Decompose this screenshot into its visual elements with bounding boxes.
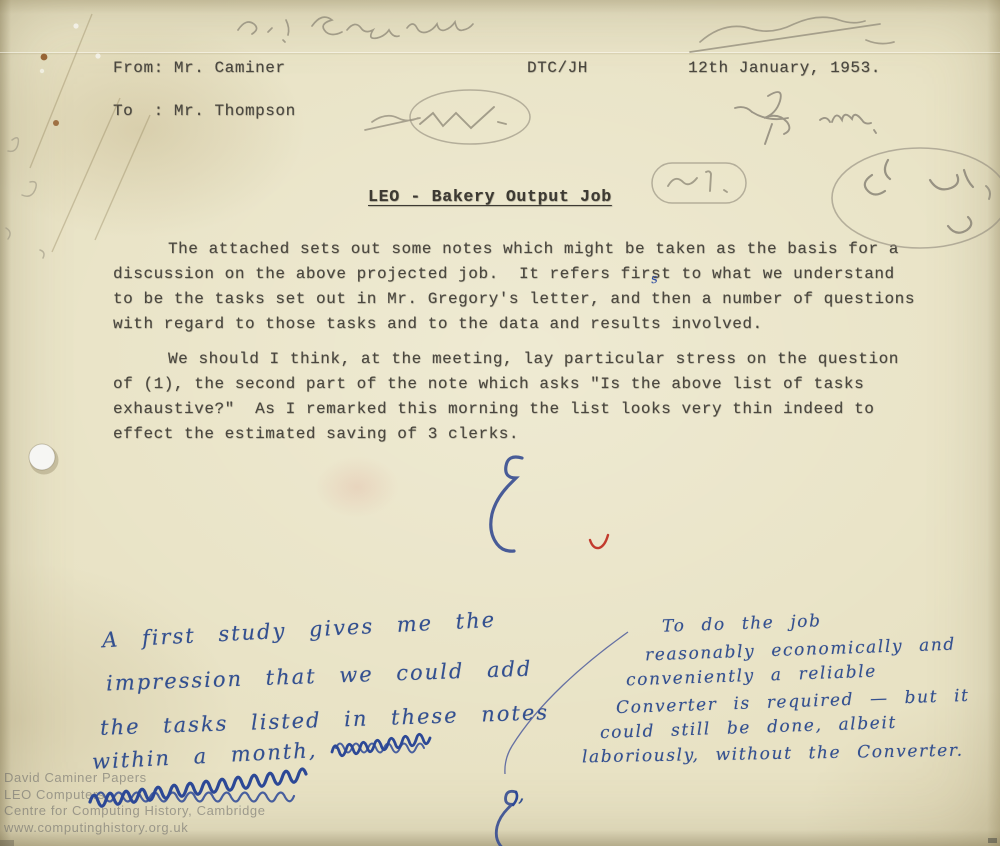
archive-watermark: David Caminer PapersLEO ComputersCentre … bbox=[4, 770, 266, 836]
text-line: Centre for Computing History, Cambridge bbox=[4, 803, 266, 820]
pencil-top-right-scribble bbox=[690, 17, 894, 52]
handwriting-right-line: To do the job bbox=[662, 611, 822, 637]
memo-from: From: Mr. Caminer bbox=[113, 56, 286, 81]
handwriting-left-line: the tasks listed in these notes bbox=[100, 700, 550, 740]
text-line: LEO Computers bbox=[4, 787, 266, 804]
handwriting-right-line: could still be done, albeit bbox=[600, 713, 897, 743]
paper-crease bbox=[0, 52, 1000, 53]
ink-insertion-mark: s bbox=[650, 272, 659, 288]
handwriting-right-line: Converter is required — but it bbox=[616, 686, 970, 718]
text-line: The attached sets out some notes which m… bbox=[113, 237, 933, 262]
document-page: From: Mr. Caminer DTC/JH 12th January, 1… bbox=[0, 0, 1000, 846]
staple-rust-marks bbox=[40, 23, 101, 126]
memo-paragraph-1: The attached sets out some notes which m… bbox=[113, 237, 933, 337]
handwriting-left-comma: , bbox=[518, 782, 527, 806]
text-line: of (1), the second part of the note whic… bbox=[113, 372, 933, 397]
ink-loop-mark-middle bbox=[491, 457, 522, 551]
text-line: We should I think, at the meeting, lay p… bbox=[113, 347, 933, 372]
memo-date: 12th January, 1953. bbox=[688, 56, 881, 81]
pencil-boxed-mark bbox=[652, 163, 746, 203]
pencil-circled-monogram bbox=[832, 148, 1000, 248]
memo-paragraph-2: We should I think, at the meeting, lay p… bbox=[113, 347, 933, 447]
handwriting-left-line: within a month, bbox=[92, 738, 318, 774]
corner-crease-lines bbox=[30, 14, 150, 252]
text-line: www.computinghistory.org.uk bbox=[4, 820, 266, 837]
hole-punch bbox=[29, 444, 59, 475]
text-line: with regard to those tasks and to the da… bbox=[113, 312, 933, 337]
text-line: to be the tasks set out in Mr. Gregory's… bbox=[113, 287, 933, 312]
pencil-initial-m bbox=[820, 115, 876, 133]
pencil-margin-squiggles bbox=[6, 138, 44, 258]
memo-to: To : Mr. Thompson bbox=[113, 99, 296, 124]
handwriting-right-line: reasonably economically and bbox=[645, 635, 956, 666]
handwriting-left-line: impression that we could add bbox=[106, 657, 533, 696]
pencil-top-note bbox=[238, 17, 473, 42]
memo-title: LEO - Bakery Output Job bbox=[368, 184, 612, 209]
pencil-circled-w bbox=[365, 90, 530, 144]
handwriting-right-line: conveniently a reliable bbox=[626, 662, 878, 691]
ink-scribble-word bbox=[332, 734, 430, 756]
text-line: discussion on the above projected job. I… bbox=[113, 262, 933, 287]
memo-reference: DTC/JH bbox=[527, 56, 588, 81]
text-line: exhaustive?" As I remarked this morning … bbox=[113, 397, 933, 422]
handwriting-right-line: laboriously, without the Converter. bbox=[582, 741, 964, 768]
pencil-initial-r bbox=[735, 92, 789, 144]
edge-specks bbox=[0, 838, 997, 846]
red-check-mark bbox=[590, 535, 608, 548]
ink-loop-mark-bottom bbox=[496, 791, 515, 846]
text-line: David Caminer Papers bbox=[4, 770, 266, 787]
text-line: effect the estimated saving of 3 clerks. bbox=[113, 422, 933, 447]
handwriting-left-line: A first study gives me the bbox=[102, 608, 497, 653]
